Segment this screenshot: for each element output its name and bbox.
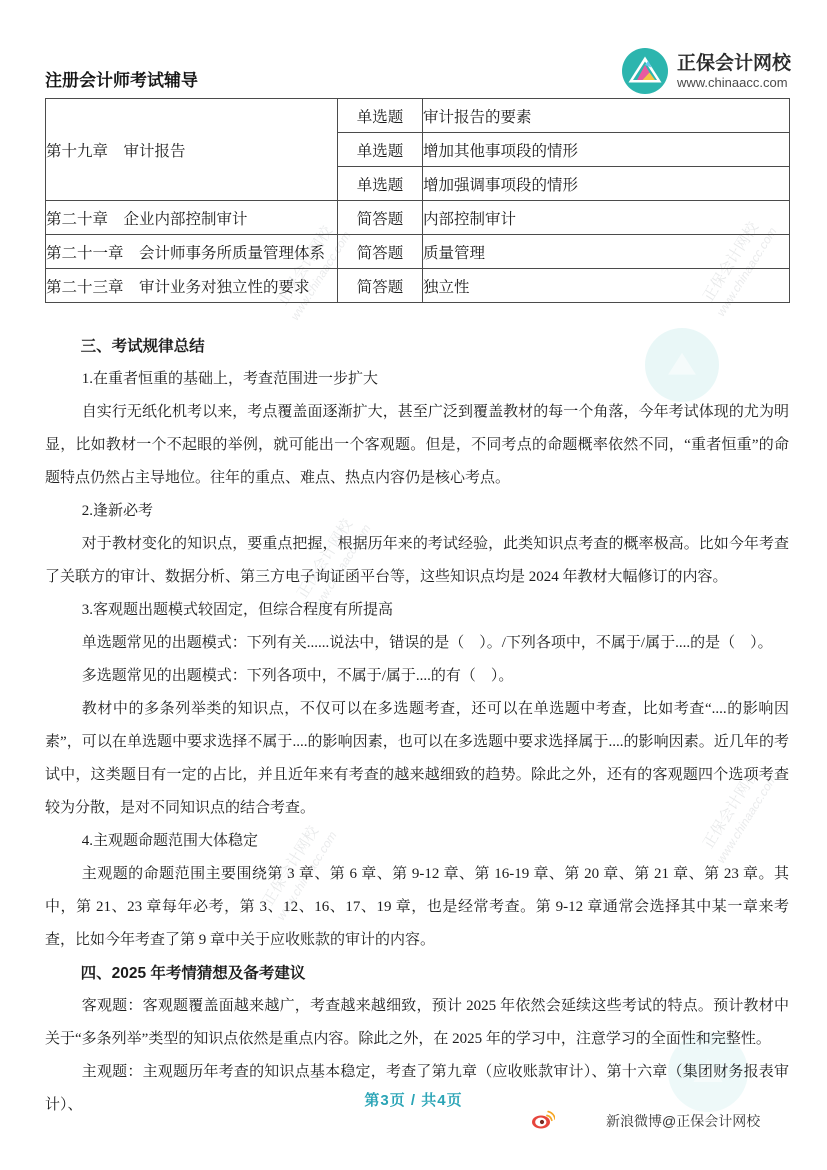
question-type-cell: 简答题 (338, 201, 423, 235)
page-header: 注册会计师考试辅导 正保会计网校 www.chinaacc.com (45, 40, 791, 94)
paragraph: 单选题常见的出题模式：下列有关......说法中，错误的是（ ）。/下列各项中，… (45, 627, 789, 660)
document-body: 三、考试规律总结 1.在重者恒重的基础上，考查范围进一步扩大 自实行无纸化机考以… (45, 330, 789, 1122)
page-indicator: 第3页 / 共4页 (0, 1089, 827, 1110)
paragraph: 主观题的命题范围主要围绕第 3 章、第 6 章、第 9-12 章、第 16-19… (45, 858, 789, 957)
weibo-account-label: 新浪微博@正保会计网校 (606, 1111, 760, 1131)
table-row: 第二十章 企业内部控制审计 简答题 内部控制审计 (46, 201, 790, 235)
topic-cell: 质量管理 (423, 235, 790, 269)
logo-url: www.chinaacc.com (677, 75, 791, 91)
chapter-cell: 第二十章 企业内部控制审计 (46, 201, 338, 235)
table-row: 第二十一章 会计师事务所质量管理体系 简答题 质量管理 (46, 235, 790, 269)
paragraph: 1.在重者恒重的基础上，考查范围进一步扩大 (45, 363, 789, 396)
paragraph: 4.主观题命题范围大体稳定 (45, 825, 789, 858)
topic-cell: 审计报告的要素 (423, 99, 790, 133)
topic-cell: 增加强调事项段的情形 (423, 167, 790, 201)
section-heading: 三、考试规律总结 (45, 330, 789, 363)
paragraph: 多选题常见的出题模式：下列各项中，不属于/属于....的有（ ）。 (45, 660, 789, 693)
paragraph: 客观题：客观题覆盖面越来越广，考查越来越细致，预计 2025 年依然会延续这些考… (45, 990, 789, 1056)
document-title: 注册会计师考试辅导 (45, 66, 198, 94)
chapter-cell: 第二十三章 审计业务对独立性的要求 (46, 269, 338, 303)
logo-brand-name: 正保会计网校 (677, 52, 791, 75)
section-heading: 四、2025 年考情猜想及备考建议 (45, 957, 789, 990)
logo-text: 正保会计网校 www.chinaacc.com (677, 52, 791, 91)
paragraph: 3.客观题出题模式较固定，但综合程度有所提高 (45, 594, 789, 627)
question-type-cell: 单选题 (338, 167, 423, 201)
paragraph: 2.逢新必考 (45, 495, 789, 528)
question-type-cell: 简答题 (338, 269, 423, 303)
question-type-cell: 单选题 (338, 133, 423, 167)
weibo-icon (531, 1109, 555, 1129)
topic-cell: 增加其他事项段的情形 (423, 133, 790, 167)
brand-logo: 正保会计网校 www.chinaacc.com (622, 48, 791, 94)
document-page: 正保会计网校www.chinaacc.com 正保会计网校www.chinaac… (0, 0, 827, 1170)
paragraph: 自实行无纸化机考以来，考点覆盖面逐渐扩大，甚至广泛到覆盖教材的每一个角落，今年考… (45, 396, 789, 495)
chinaacc-logo-icon (622, 48, 668, 94)
topic-cell: 内部控制审计 (423, 201, 790, 235)
chapter-cell: 第十九章 审计报告 (46, 99, 338, 201)
question-type-cell: 单选题 (338, 99, 423, 133)
table-row: 第十九章 审计报告 单选题 审计报告的要素 (46, 99, 790, 133)
chapter-cell: 第二十一章 会计师事务所质量管理体系 (46, 235, 338, 269)
exam-chapter-table: 第十九章 审计报告 单选题 审计报告的要素 单选题 增加其他事项段的情形 单选题… (45, 98, 790, 303)
question-type-cell: 简答题 (338, 235, 423, 269)
paragraph: 教材中的多条列举类的知识点，不仅可以在多选题考查，还可以在单选题中考查，比如考查… (45, 693, 789, 825)
table-row: 第二十三章 审计业务对独立性的要求 简答题 独立性 (46, 269, 790, 303)
topic-cell: 独立性 (423, 269, 790, 303)
paragraph: 对于教材变化的知识点，要重点把握，根据历年来的考试经验，此类知识点考查的概率极高… (45, 528, 789, 594)
